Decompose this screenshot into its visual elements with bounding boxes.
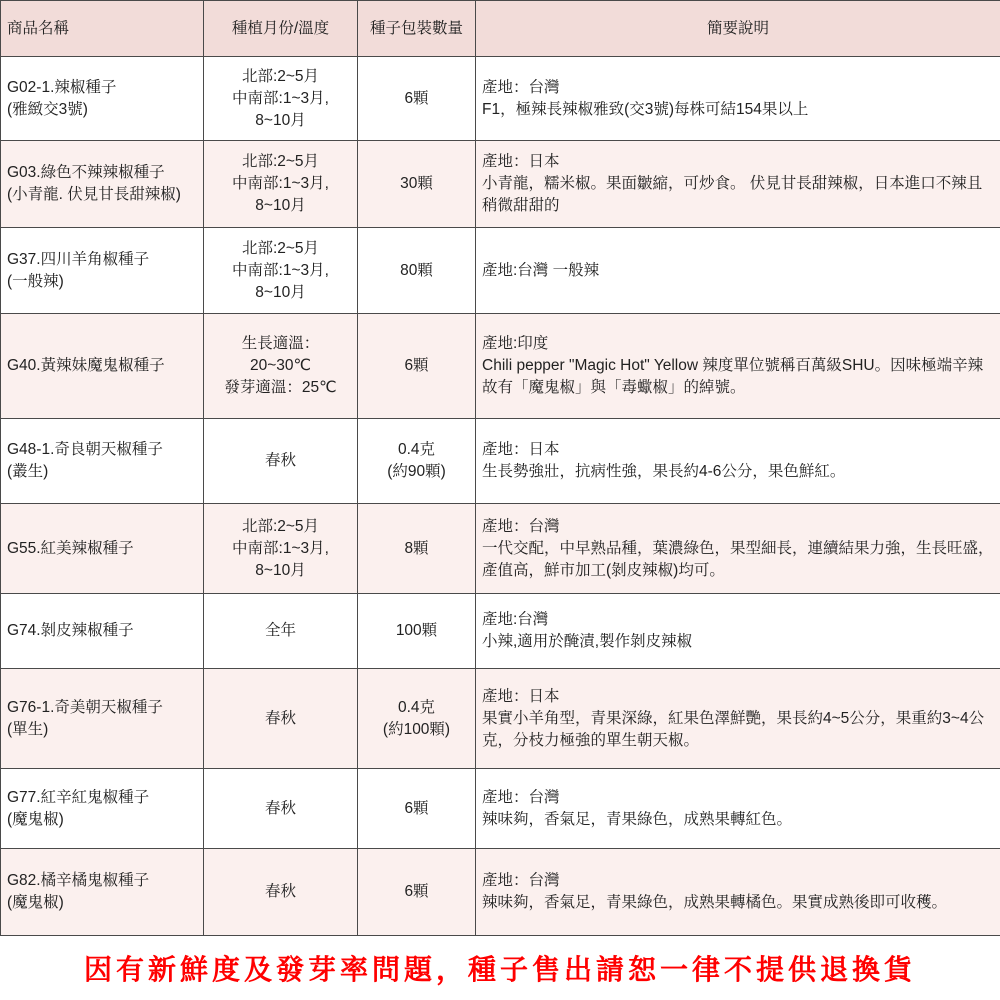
description-cell: 產地:印度 Chili pepper "Magic Hot" Yellow 辣度… [476, 314, 1000, 419]
quantity-cell: 0.4克 (約100顆) [358, 669, 476, 769]
product-name-cell: G74.剝皮辣椒種子 [1, 594, 204, 669]
table-row: G82.橘辛橘鬼椒種子 (魔鬼椒) 春秋 6顆 產地：台灣 辣味夠，香氣足，青果… [1, 849, 1000, 936]
months-cell: 春秋 [204, 669, 358, 769]
quantity-cell: 0.4克 (約90顆) [358, 419, 476, 504]
product-name-cell: G77.紅辛紅鬼椒種子 (魔鬼椒) [1, 769, 204, 849]
quantity-cell: 6顆 [358, 769, 476, 849]
table-row: G74.剝皮辣椒種子 全年 100顆 產地:台灣 小辣,適用於醃漬,製作剝皮辣椒 [1, 594, 1000, 669]
months-cell: 生長適溫： 20~30℃ 發芽適溫：25℃ [204, 314, 358, 419]
quantity-cell: 30顆 [358, 141, 476, 228]
months-cell: 春秋 [204, 769, 358, 849]
table-header-row: 商品名稱 種植月份/溫度 種子包裝數量 簡要說明 [1, 1, 1000, 57]
product-name-cell: G37.四川羊角椒種子 (一般辣) [1, 228, 204, 314]
header-description: 簡要說明 [476, 1, 1000, 57]
table-row: G37.四川羊角椒種子 (一般辣) 北部:2~5月 中南部:1~3月, 8~10… [1, 228, 1000, 314]
months-cell: 北部:2~5月 中南部:1~3月, 8~10月 [204, 141, 358, 228]
months-cell: 北部:2~5月 中南部:1~3月, 8~10月 [204, 228, 358, 314]
quantity-cell: 6顆 [358, 849, 476, 936]
table-row: G48-1.奇良朝天椒種子 (叢生) 春秋 0.4克 (約90顆) 產地：日本 … [1, 419, 1000, 504]
months-cell: 春秋 [204, 849, 358, 936]
quantity-cell: 6顆 [358, 57, 476, 141]
table-row: G77.紅辛紅鬼椒種子 (魔鬼椒) 春秋 6顆 產地：台灣 辣味夠，香氣足，青果… [1, 769, 1000, 849]
months-cell: 北部:2~5月 中南部:1~3月, 8~10月 [204, 504, 358, 594]
table-row: G55.紅美辣椒種子 北部:2~5月 中南部:1~3月, 8~10月 8顆 產地… [1, 504, 1000, 594]
description-cell: 產地：日本 生長勢強壯，抗病性強，果長約4-6公分，果色鮮紅。 [476, 419, 1000, 504]
header-planting-months: 種植月份/溫度 [204, 1, 358, 57]
quantity-cell: 80顆 [358, 228, 476, 314]
description-cell: 產地：台灣 辣味夠，香氣足，青果綠色，成熟果轉橘色。果實成熟後即可收穫。 [476, 849, 1000, 936]
description-cell: 產地：日本 果實小羊角型，青果深綠，紅果色澤鮮艷，果長約4~5公分，果重約3~4… [476, 669, 1000, 769]
product-name-cell: G82.橘辛橘鬼椒種子 (魔鬼椒) [1, 849, 204, 936]
return-policy-notice: 因有新鮮度及發芽率問題，種子售出請恕一律不提供退換貨 [0, 936, 1000, 1000]
quantity-cell: 8顆 [358, 504, 476, 594]
months-cell: 全年 [204, 594, 358, 669]
product-name-cell: G40.黃辣妹魔鬼椒種子 [1, 314, 204, 419]
table-row: G03.綠色不辣辣椒種子 (小青龍. 伏見甘長甜辣椒) 北部:2~5月 中南部:… [1, 141, 1000, 228]
product-name-cell: G55.紅美辣椒種子 [1, 504, 204, 594]
product-name-cell: G76-1.奇美朝天椒種子 (單生) [1, 669, 204, 769]
months-cell: 春秋 [204, 419, 358, 504]
header-product-name: 商品名稱 [1, 1, 204, 57]
description-cell: 產地：台灣 F1，極辣長辣椒雅致(交3號)每株可結154果以上 [476, 57, 1000, 141]
seed-product-table-page: 商品名稱 種植月份/溫度 種子包裝數量 簡要說明 G02-1.辣椒種子 (雅緻交… [0, 0, 1000, 1000]
table-row: G02-1.辣椒種子 (雅緻交3號) 北部:2~5月 中南部:1~3月, 8~1… [1, 57, 1000, 141]
description-cell: 產地：台灣 辣味夠，香氣足，青果綠色，成熟果轉紅色。 [476, 769, 1000, 849]
description-cell: 產地：日本 小青龍，糯米椒。果面皺縮，可炒食。 伏見甘長甜辣椒，日本進口不辣且稍… [476, 141, 1000, 228]
header-seed-quantity: 種子包裝數量 [358, 1, 476, 57]
quantity-cell: 100顆 [358, 594, 476, 669]
description-cell: 產地：台灣 一代交配，中早熟品種，葉濃綠色，果型細長，連續結果力強，生長旺盛，產… [476, 504, 1000, 594]
description-cell: 產地:台灣 一般辣 [476, 228, 1000, 314]
table-row: G76-1.奇美朝天椒種子 (單生) 春秋 0.4克 (約100顆) 產地：日本… [1, 669, 1000, 769]
product-name-cell: G02-1.辣椒種子 (雅緻交3號) [1, 57, 204, 141]
description-cell: 產地:台灣 小辣,適用於醃漬,製作剝皮辣椒 [476, 594, 1000, 669]
table-row: G40.黃辣妹魔鬼椒種子 生長適溫： 20~30℃ 發芽適溫：25℃ 6顆 產地… [1, 314, 1000, 419]
months-cell: 北部:2~5月 中南部:1~3月, 8~10月 [204, 57, 358, 141]
seed-product-table: 商品名稱 種植月份/溫度 種子包裝數量 簡要說明 G02-1.辣椒種子 (雅緻交… [0, 0, 1000, 936]
quantity-cell: 6顆 [358, 314, 476, 419]
product-name-cell: G48-1.奇良朝天椒種子 (叢生) [1, 419, 204, 504]
product-name-cell: G03.綠色不辣辣椒種子 (小青龍. 伏見甘長甜辣椒) [1, 141, 204, 228]
